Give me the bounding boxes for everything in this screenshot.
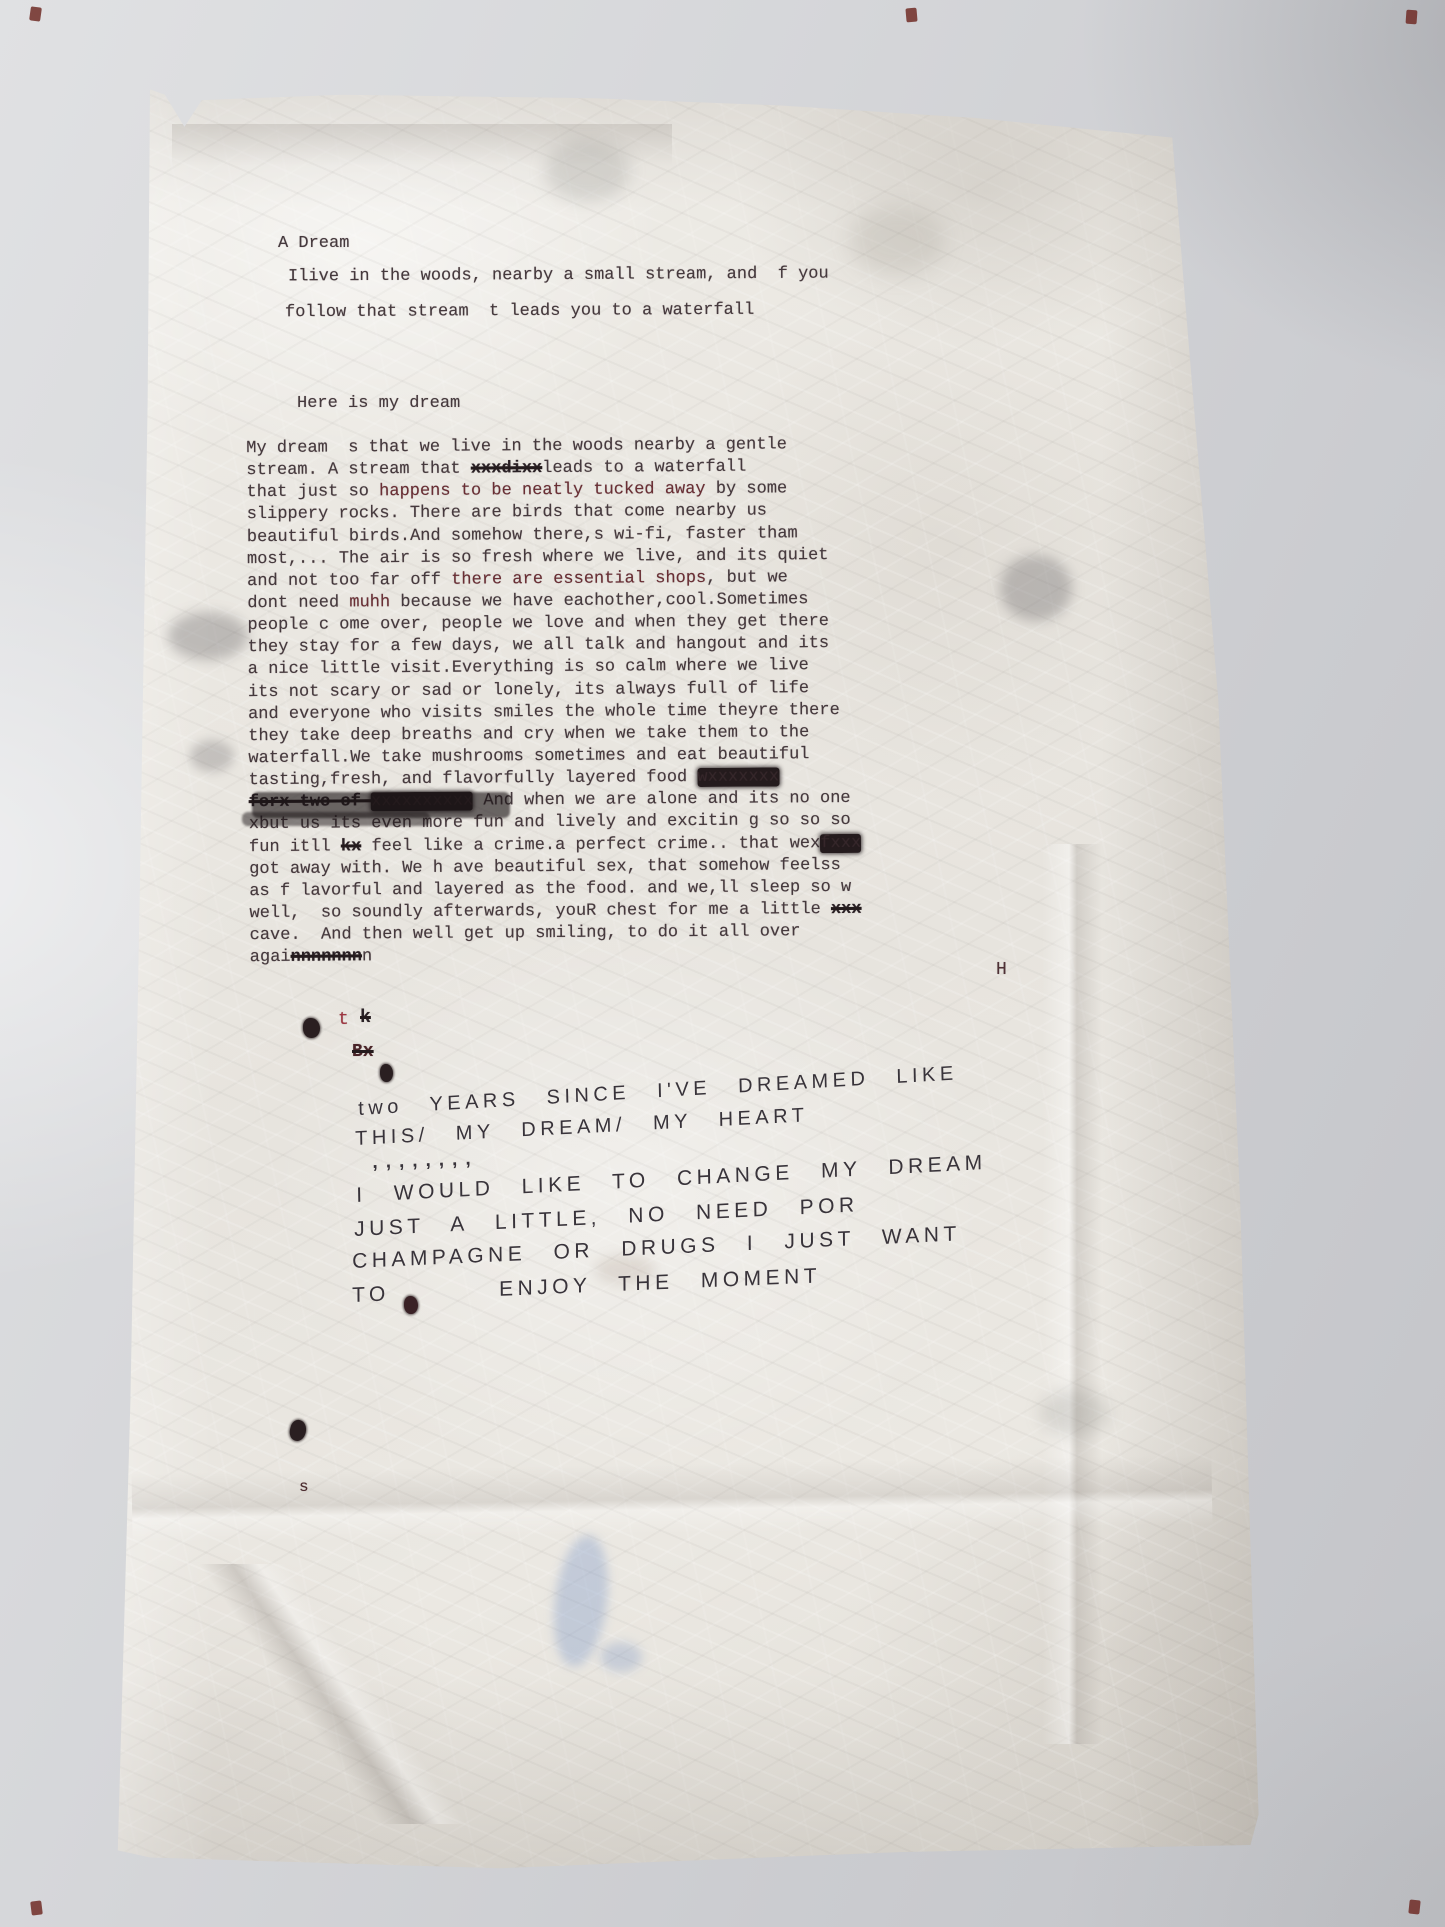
corner-mark-top-middle	[905, 8, 917, 23]
typed-segment: they stay for a few days, we all talk an…	[248, 634, 830, 657]
typed-segment: dont need	[247, 593, 349, 613]
typed-subtitle: Here is my dream	[297, 394, 460, 413]
typed-segment: feel like a crime.a perfect crime.. that…	[361, 834, 820, 856]
typed-segment: beautiful birds.And somehow there,s wi-f…	[247, 524, 798, 547]
typed-line: againnnnnnnn	[250, 943, 862, 969]
typed-segment: fxxx	[820, 833, 861, 852]
paper-sheet	[112, 84, 1262, 1870]
typed-segment: And when we are alone and its no one	[473, 789, 851, 811]
ink-blot-mark-2	[380, 1064, 393, 1082]
typed-segment: cave. And then well get up smiling, to d…	[250, 922, 801, 945]
corner-mark-top-right	[1406, 10, 1418, 25]
typed-intro-line-2: follow that stream t leads you to a wate…	[285, 301, 754, 322]
typed-segment: happens to be neatly tucked away	[379, 480, 706, 501]
typed-segment: leads to a waterfall	[542, 458, 746, 478]
handwritten-commas: ,,,,,,,,	[372, 1148, 479, 1174]
corner-mark-bottom-left	[30, 1900, 43, 1915]
typed-segment: and not too far off	[247, 571, 451, 591]
typed-segment: that just so	[246, 482, 379, 502]
typed-segment: xxx	[831, 900, 862, 919]
paper-shading	[112, 84, 1262, 1870]
typed-line: cave. And then well get up smiling, to d…	[250, 921, 862, 947]
typed-intro-line-1: Ilive in the woods, nearby a small strea…	[288, 265, 829, 287]
typed-segment: waterfall.We take mushrooms sometimes an…	[248, 745, 809, 768]
typed-segment: a nice little visit.Everything is so cal…	[248, 657, 809, 680]
typed-segment: people c ome over, people we love and wh…	[247, 612, 829, 635]
typed-segment: tasting,fresh, and flavorfully layered f…	[248, 768, 697, 790]
typed-segment: nnnnnnn	[291, 948, 363, 967]
typed-segment: there are essential shops	[451, 569, 706, 590]
overstrike-scribble-2	[242, 812, 430, 826]
typed-segment: they take deep breaths and cry when we t…	[248, 723, 809, 746]
typed-segment: well, so soundly afterwards, youR chest …	[249, 900, 831, 923]
photo-background: A Dream Ilive in the woods, nearby a sma…	[0, 0, 1445, 1927]
signature-initial: H	[996, 960, 1007, 980]
typed-segment: its not scary or sad or lonely, its alwa…	[248, 679, 809, 702]
typed-line: My dream s that we live in the woods nea…	[246, 434, 858, 460]
typed-segment: because we have eachother,cool.Sometimes	[390, 590, 808, 612]
typed-segment: got away with. We h ave beautiful sex, t…	[249, 856, 841, 879]
typed-segment: My dream s that we live in the woods nea…	[246, 435, 787, 458]
typed-segment: kx	[341, 837, 362, 856]
typed-segment: agai	[250, 948, 291, 967]
corner-mark-bottom-right	[1408, 1899, 1420, 1914]
typed-title: A Dream	[278, 234, 349, 253]
stray-mark-k: k	[360, 1008, 371, 1028]
stray-mark-s: s	[299, 1478, 309, 1496]
typed-segment: xxxdixx	[471, 459, 543, 478]
ink-blot-handwriting	[404, 1296, 418, 1314]
stray-mark-bx: Bx	[352, 1042, 374, 1062]
typed-segment: as f lavorful and layered as the food. a…	[249, 878, 851, 901]
typed-segment: n	[362, 948, 372, 967]
ink-blot-mark-1	[303, 1018, 320, 1038]
typed-segment: wxxxxxxx	[697, 768, 779, 788]
corner-mark-top-left	[29, 6, 42, 21]
typed-segment: muhh	[349, 593, 390, 612]
typed-segment: , but we	[706, 568, 788, 588]
typed-segment: fun itll	[249, 837, 341, 857]
typed-segment: stream. A stream that	[246, 460, 471, 481]
typed-segment: and everyone who visits smiles the whole…	[248, 701, 840, 724]
typed-segment: slippery rocks. There are birds that com…	[247, 502, 767, 525]
typed-body-paragraph: My dream s that we live in the woods nea…	[246, 434, 862, 970]
typed-segment: by some	[706, 480, 788, 500]
stray-mark-t: t	[338, 1010, 349, 1030]
typed-segment: most,... The air is so fresh where we li…	[247, 546, 829, 569]
